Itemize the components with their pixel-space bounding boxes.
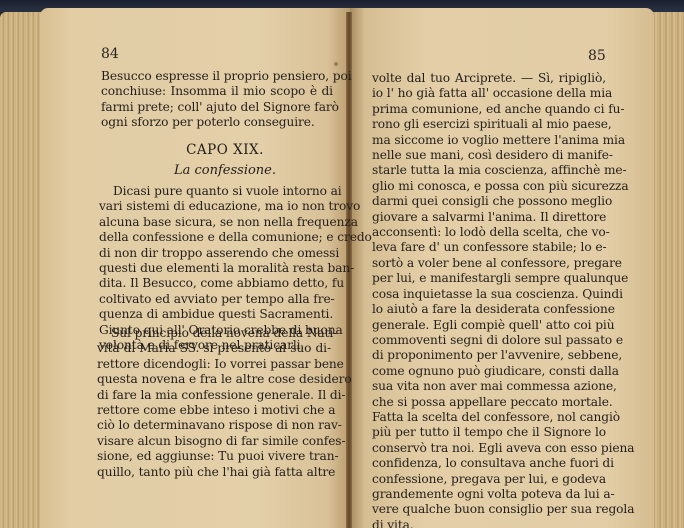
right-page-stack-edge <box>652 12 684 528</box>
text-line: glio mi conosca, e possa con più sicurez… <box>372 179 606 194</box>
chapter-heading: CAPO XIX. La confessione. <box>100 142 350 178</box>
chapter-number: CAPO XIX. <box>100 142 350 158</box>
text-line: vere qualche buon consiglio per sua rego… <box>372 502 606 517</box>
text-line: io l' ho già fatta all' occasione della … <box>372 86 606 101</box>
text-line: vari sistemi di educazione, ma io non tr… <box>99 199 331 214</box>
text-line: nelle sue mani, così desidero di manife- <box>372 148 606 163</box>
text-line: giovare a salvarmi l'anima. Il direttore <box>372 210 606 225</box>
text-line: commoventi segni di dolore sul passato e <box>372 333 606 348</box>
text-line: confidenza, lo consultava anche fuori di <box>372 456 606 471</box>
text-line: della confessione e della comunione; e c… <box>99 230 331 245</box>
paper-stain <box>334 62 338 66</box>
text-line: Dicasi pure quanto si vuole intorno ai <box>99 184 331 199</box>
text-line: ogni sforzo per poterlo conseguire. <box>101 115 333 130</box>
text-line: rettore come ebbe inteso i motivi che a <box>97 403 331 418</box>
text-line: per lui, e manifestargli sempre qualunqu… <box>372 271 606 286</box>
text-line: più per tutto il tempo che il Signore lo <box>372 425 606 440</box>
text-line: vità di Maria SS. si presentò al suo di- <box>97 341 331 356</box>
text-line: prima comunione, ed anche quando ci fu- <box>372 102 606 117</box>
left-opening-text: Besucco espresse il proprio pensiero, po… <box>101 69 333 131</box>
text-line: di vita. <box>372 518 606 528</box>
text-line: cosa inquietasse la sua coscienza. Quind… <box>372 287 606 302</box>
text-line: Sul principio della novena della Nati- <box>97 326 331 341</box>
left-paragraph-2: Sul principio della novena della Nati- v… <box>97 326 331 480</box>
text-line: Fatta la scelta del confessore, nol cang… <box>372 410 606 425</box>
text-line: di proponimento per l'avvenire, sebbene, <box>372 348 606 363</box>
left-page-stack-edge <box>0 12 44 528</box>
text-line: generale. Egli compiè quell' atto coi pi… <box>372 318 606 333</box>
text-line: questa novena e fra le altre cose deside… <box>97 372 331 387</box>
text-line: ma siccome io voglio mettere l'anima mia <box>372 133 606 148</box>
text-line: rono gli esercizi spirituali al mio paes… <box>372 117 606 132</box>
text-line: visare alcun bisogno di far simile confe… <box>97 434 331 449</box>
text-line: sione, ed aggiunse: Tu puoi vivere tran- <box>97 449 331 464</box>
text-line: confessione, pregava per lui, e godeva <box>372 472 606 487</box>
left-page-number: 84 <box>101 46 119 62</box>
text-line: alcuna base sicura, se non nella frequen… <box>99 215 331 230</box>
text-line: lo aiutò a fare la desiderata confession… <box>372 302 606 317</box>
text-line: questi due elementi la moralità resta ba… <box>99 261 331 276</box>
right-page-number: 85 <box>588 48 606 64</box>
text-line: sortò a voler bene al confessore, pregar… <box>372 256 606 271</box>
text-line: quillo, tanto più che l'hai già fatta al… <box>97 465 331 480</box>
text-line: acconsentì: lo lodò della scelta, che vo… <box>372 225 606 240</box>
text-line: sua vita non aver mai commessa azione, <box>372 379 606 394</box>
text-line: che si possa appellare peccato mortale. <box>372 395 606 410</box>
text-line: ciò lo determinavano rispose di non rav- <box>97 418 331 433</box>
text-line: Besucco espresse il proprio pensiero, po… <box>101 69 333 84</box>
text-line: di fare la mia confessione generale. Il … <box>97 388 331 403</box>
chapter-title: La confessione. <box>100 163 350 178</box>
text-line: rettore dicendogli: Io vorrei passar ben… <box>97 357 331 372</box>
text-line: coltivato ed avviato per tempo alla fre- <box>99 292 331 307</box>
text-line: conchiuse: Insomma il mio scopo è di <box>101 84 333 99</box>
text-line: quenza di ambidue questi Sacramenti. <box>99 307 331 322</box>
text-line: grandemente ogni volta poteva da lui a- <box>372 487 606 502</box>
text-line: starle tutta la mia coscienza, affinchè … <box>372 163 606 178</box>
text-line: leva fare d' un confessore stabile; lo e… <box>372 240 606 255</box>
text-line: di non dir troppo asserendo che omessi <box>99 246 331 261</box>
text-line: volte dal tuo Arciprete. — Sì, ripigliò, <box>372 71 606 86</box>
text-line: come ognuno può giudicare, consti dalla <box>372 364 606 379</box>
text-line: darmi quei consigli che possono meglio <box>372 194 606 209</box>
text-line: conservò tra noi. Egli aveva con esso pi… <box>372 441 606 456</box>
text-line: dita. Il Besucco, come abbiamo detto, fu <box>99 276 331 291</box>
right-paragraph-1: volte dal tuo Arciprete. — Sì, ripigliò,… <box>372 71 606 528</box>
text-line: farmi prete; coll' ajuto del Signore far… <box>101 100 333 115</box>
